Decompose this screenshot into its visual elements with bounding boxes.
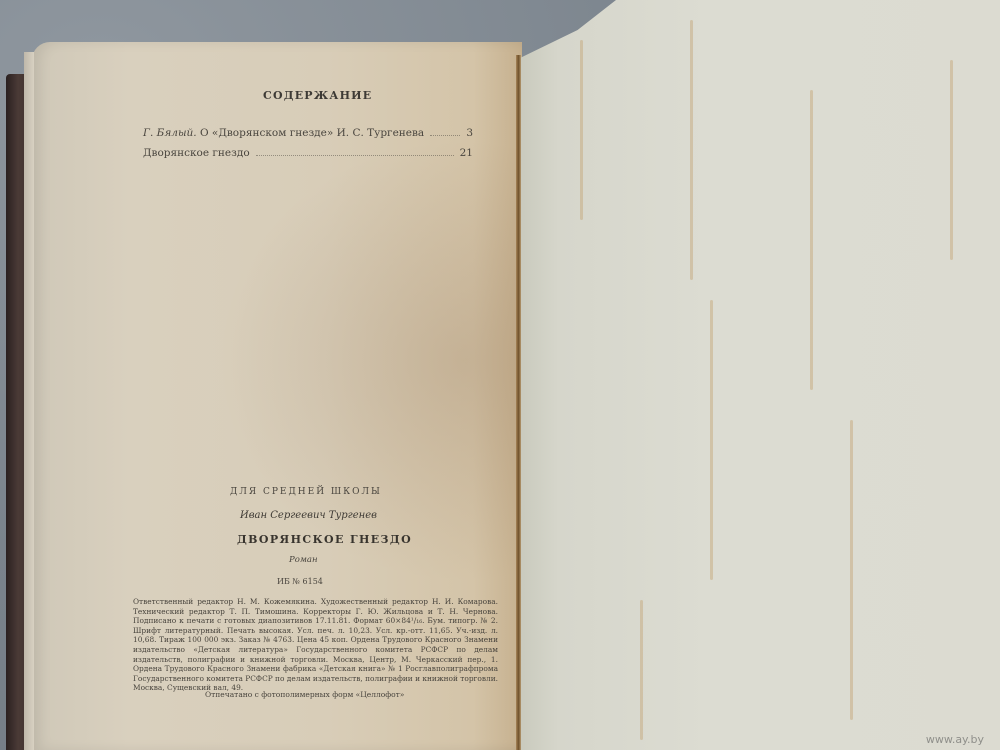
toc-entry: Г. Бялый. О «Дворянском гнезде» И. С. Ту…: [143, 127, 473, 139]
foxing-stain: [640, 600, 643, 740]
toc-entry-title: Дворянское гнездо: [143, 147, 250, 159]
right-page-endpaper: [520, 0, 1000, 750]
author-name: Иван Сергеевич Тургенев: [240, 510, 377, 521]
foxing-stain: [850, 420, 853, 720]
foxing-stain: [950, 60, 953, 260]
foxing-stain: [810, 90, 813, 390]
series-label: ДЛЯ СРЕДНЕЙ ШКОЛЫ: [230, 487, 382, 497]
foxing-stain: [580, 40, 583, 220]
toc-entry-title: О «Дворянском гнезде» И. С. Тургенева: [200, 127, 424, 139]
toc-title: СОДЕРЖАНИЕ: [263, 89, 372, 102]
toc-leader-dots: [256, 155, 454, 156]
ib-number: ИБ № 6154: [277, 577, 323, 586]
book-gutter: [516, 55, 521, 750]
foxing-stain: [690, 20, 693, 280]
toc-entry-page: 3: [466, 127, 473, 139]
genre-label: Роман: [289, 555, 318, 565]
watermark: www.ay.by: [926, 733, 984, 746]
page-stack-edge: [24, 52, 34, 750]
book-title: ДВОРЯНСКОЕ ГНЕЗДО: [237, 533, 412, 546]
toc-entry: Дворянское гнездо 21: [143, 147, 473, 159]
imprint-block: Ответственный редактор Н. М. Кожемякина.…: [133, 597, 498, 693]
toc-entry-page: 21: [460, 147, 473, 159]
printed-note: Отпечатано с фотополимерных форм «Целлоф…: [205, 690, 404, 699]
foxing-stain: [710, 300, 713, 580]
toc-leader-dots: [430, 135, 460, 136]
toc-entry-author: Г. Бялый.: [143, 127, 197, 139]
